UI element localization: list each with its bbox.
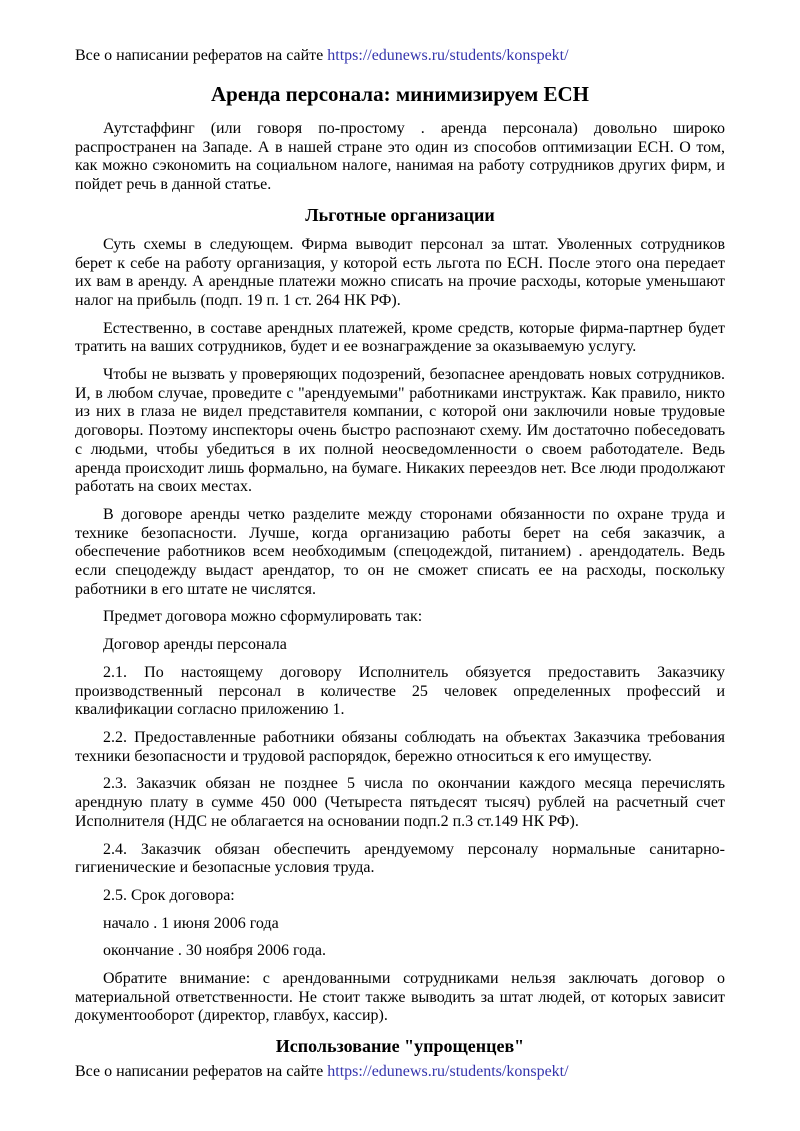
document-page: Все о написании рефератов на сайте https… — [0, 0, 800, 1131]
paragraph: В договоре аренды четко разделите между … — [75, 506, 725, 600]
header-line: Все о написании рефератов на сайте https… — [75, 46, 725, 65]
header-site-link[interactable]: https://edunews.ru/students/konspekt/ — [327, 47, 568, 64]
paragraph-term-end: окончание . 30 ноября 2006 года. — [75, 942, 725, 961]
paragraph: Чтобы не вызвать у проверяющих подозрени… — [75, 366, 725, 497]
paragraph-term-start: начало . 1 июня 2006 года — [75, 915, 725, 934]
paragraph-clause-2-5: 2.5. Срок договора: — [75, 887, 725, 906]
paragraph-intro: Аутстаффинг (или говоря по-простому . ар… — [75, 120, 725, 195]
paragraph: Естественно, в составе арендных платежей… — [75, 320, 725, 357]
footer-prefix-text: Все о написании рефератов на сайте — [75, 1063, 327, 1080]
footer-line: Все о написании рефератов на сайте https… — [75, 1062, 725, 1081]
section-heading-simplified-tax: Использование "упрощенцев" — [75, 1035, 725, 1058]
header-prefix-text: Все о написании рефератов на сайте — [75, 47, 327, 64]
document-content: Все о написании рефератов на сайте https… — [0, 0, 800, 1058]
paragraph: Предмет договора можно сформулировать та… — [75, 608, 725, 627]
paragraph-clause-2-3: 2.3. Заказчик обязан не позднее 5 числа … — [75, 775, 725, 831]
paragraph-note: Обратите внимание: с арендованными сотру… — [75, 970, 725, 1026]
paragraph-clause-2-2: 2.2. Предоставленные работники обязаны с… — [75, 729, 725, 766]
paragraph-contract-title: Договор аренды персонала — [75, 636, 725, 655]
paragraph-clause-2-1: 2.1. По настоящему договору Исполнитель … — [75, 664, 725, 720]
paragraph: Суть схемы в следующем. Фирма выводит пе… — [75, 236, 725, 311]
paragraph-clause-2-4: 2.4. Заказчик обязан обеспечить арендуем… — [75, 841, 725, 878]
footer-site-link[interactable]: https://edunews.ru/students/konspekt/ — [327, 1063, 568, 1080]
section-heading-privileged-organizations: Льготные организации — [75, 204, 725, 227]
page-title: Аренда персонала: минимизируем ЕСН — [75, 81, 725, 108]
